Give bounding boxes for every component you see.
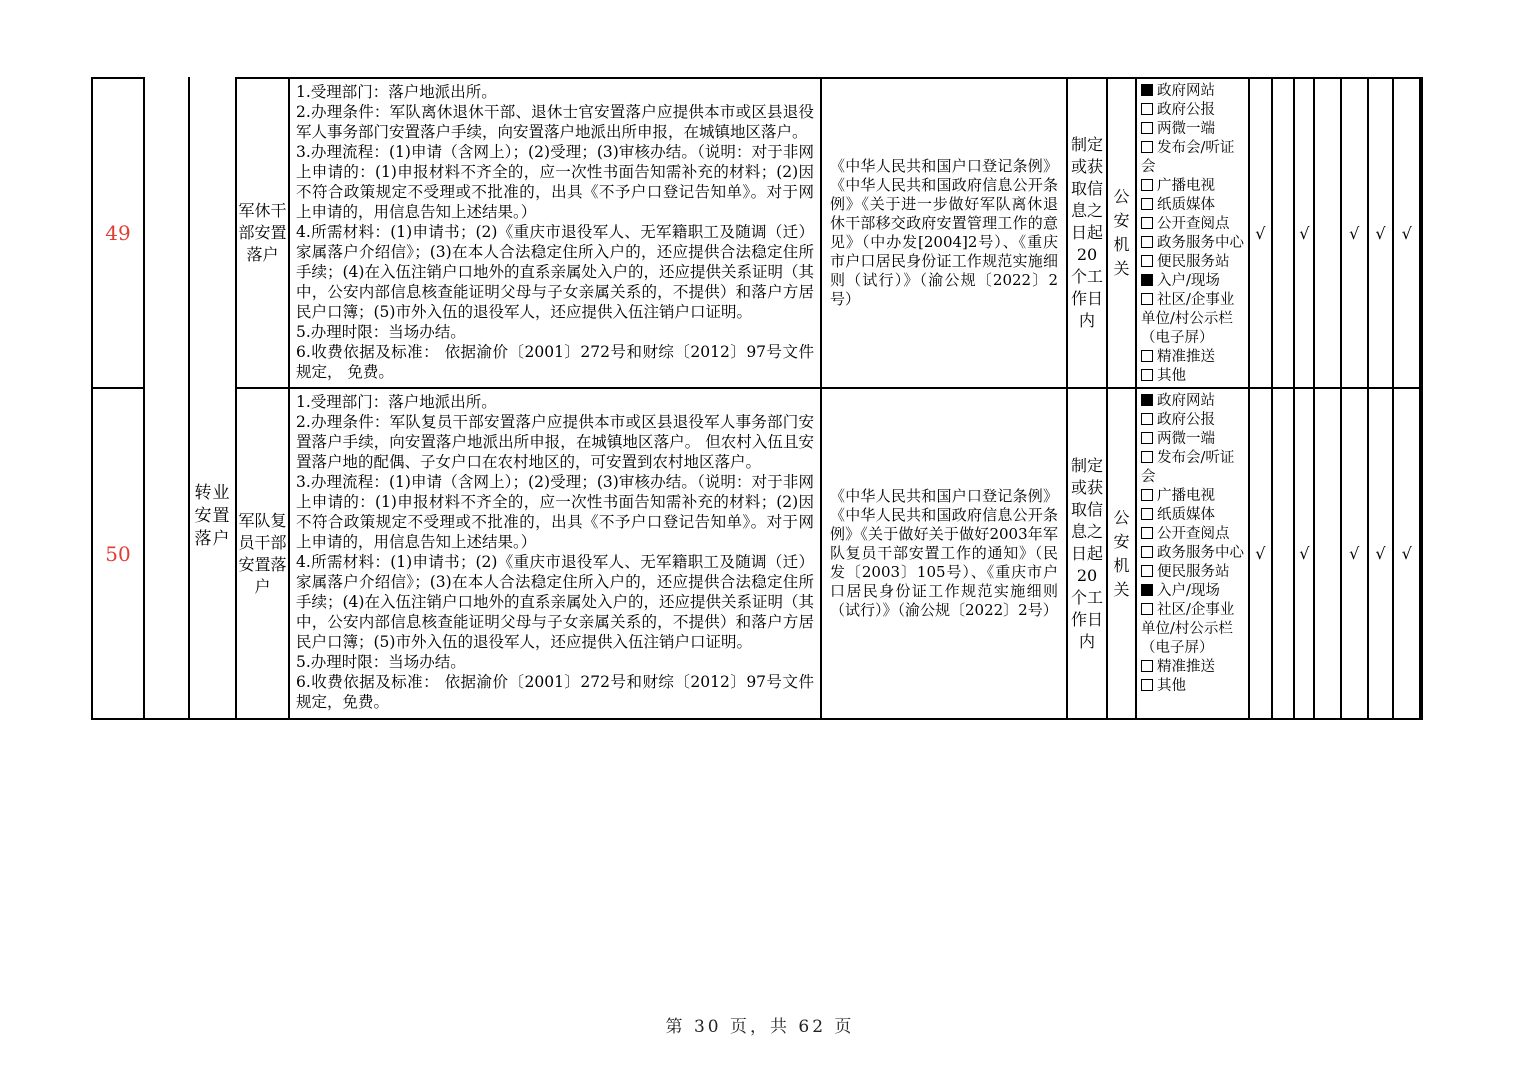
row-49-item-name-cell: 军休干部安置落户 (237, 77, 290, 389)
procedure-paragraph: 6.收费依据及标准： 依据渝价〔2001〕272号和财综〔2012〕97号文件规… (296, 342, 814, 382)
channel-item: 政务服务中心 (1141, 234, 1246, 253)
channel-item: 广播电视 (1141, 177, 1246, 196)
row-49-agency: 公安机关 (1113, 185, 1130, 281)
procedure-paragraph: 6.收费依据及标准： 依据渝价〔2001〕272号和财综〔2012〕97号文件规… (296, 672, 814, 712)
row-49-legal-basis-cell: 《中华人民共和国户口登记条例》《中华人民共和国政府信息公开条例》《关于进一步做好… (822, 77, 1068, 389)
channel-label: 政务服务中心 (1157, 235, 1244, 251)
row-50-time-limit-cell: 制定或获取信息之日起20个工作日内 (1068, 389, 1108, 720)
channel-item: 便民服务站 (1141, 563, 1246, 582)
checkbox-icon (1141, 236, 1153, 248)
checkbox-icon (1141, 432, 1153, 444)
channel-label: 政务服务中心 (1157, 545, 1244, 561)
check-cell: √ (1295, 79, 1315, 387)
channel-label: 入户/现场 (1157, 273, 1220, 289)
channel-label: 入户/现场 (1157, 583, 1220, 599)
channel-item: 两微一端 (1141, 120, 1246, 139)
channel-label: 精准推送 (1157, 659, 1215, 675)
channel-label: 其他 (1157, 368, 1186, 384)
row-49-legal-basis: 《中华人民共和国户口登记条例》《中华人民共和国政府信息公开条例》《关于进一步做好… (830, 157, 1058, 309)
procedure-paragraph: 5.办理时限：当场办结。 (296, 322, 814, 342)
checkbox-icon (1141, 198, 1153, 210)
check-mark: √ (1349, 544, 1359, 563)
checkbox-icon (1141, 103, 1153, 115)
row-50-procedure-cell: 1.受理部门：落户地派出所。 2.办理条件：军队复员干部安置落户应提供本市或区县… (290, 389, 822, 720)
check-cell (1273, 79, 1296, 387)
parent-category-cell-empty (145, 77, 190, 720)
checkbox-icon (1141, 274, 1153, 286)
procedure-paragraph: 3.办理流程：(1)申请（含网上）；(2)受理；(3)审核办结。（说明：对于非网… (296, 472, 814, 552)
check-mark: √ (1402, 544, 1412, 563)
checkbox-icon (1141, 565, 1153, 577)
channel-item: 广播电视 (1141, 487, 1246, 506)
checkbox-icon (1141, 293, 1153, 305)
channel-label: 政府网站 (1157, 393, 1215, 409)
check-cell (1273, 389, 1296, 718)
row-49-number: 49 (105, 221, 130, 245)
checkbox-icon (1141, 660, 1153, 672)
channel-label: 政府网站 (1157, 83, 1215, 99)
procedure-paragraph: 3.办理流程：(1)申请（含网上）；(2)受理；(3)审核办结。（说明：对于非网… (296, 142, 814, 222)
procedure-paragraph: 4.所需材料：(1)申请书；(2)《重庆市退役军人、无军籍职工及随调（迁）家属落… (296, 222, 814, 322)
channel-label: 广播电视 (1157, 488, 1215, 504)
checkbox-icon (1141, 84, 1153, 96)
row-50-item-name: 军队复员干部安置落户 (239, 510, 287, 598)
channel-label: 公开查阅点 (1157, 216, 1230, 232)
procedures-table: 49 转业安置落户 军休干部安置落户 1.受理部门：落户地派出所。 2.办理条件… (91, 77, 1423, 720)
channel-item: 精准推送 (1141, 658, 1246, 677)
procedure-paragraph: 1.受理部门：落户地派出所。 (296, 82, 814, 102)
category-cell: 转业安置落户 (190, 77, 237, 720)
check-cell: √ (1394, 389, 1421, 718)
checkbox-icon (1141, 394, 1153, 406)
checkbox-icon (1141, 350, 1153, 362)
channel-item: 公开查阅点 (1141, 525, 1246, 544)
channel-item: 公开查阅点 (1141, 215, 1246, 234)
checkbox-icon (1141, 122, 1153, 134)
row-49-channels-cell: 政府网站 政府公报 两微一端 发布会/听证会 广播电视 (1137, 77, 1250, 389)
row-49-time-limit: 制定或获取信息之日起20个工作日内 (1070, 134, 1104, 332)
channel-label: 纸质媒体 (1157, 197, 1215, 213)
procedure-paragraph: 4.所需材料：(1)申请书；(2)《重庆市退役军人、无军籍职工及随调（迁）家属落… (296, 552, 814, 652)
row-50-agency: 公安机关 (1113, 506, 1130, 602)
channel-label: 纸质媒体 (1157, 507, 1215, 523)
checkbox-icon (1141, 179, 1153, 191)
row-49-procedure-cell: 1.受理部门：落户地派出所。 2.办理条件：军队离休退休干部、退休士官安置落户应… (290, 77, 822, 389)
channel-label: 广播电视 (1157, 178, 1215, 194)
checkbox-icon (1141, 413, 1153, 425)
channel-item: 入户/现场 (1141, 272, 1246, 291)
channel-label: 政府公报 (1157, 102, 1215, 118)
channel-label: 社区/企事业单位/村公示栏（电子屏） (1141, 292, 1234, 346)
channel-item: 精准推送 (1141, 348, 1246, 367)
channel-item: 政府公报 (1141, 101, 1246, 120)
channel-item: 其他 (1141, 677, 1246, 696)
channel-item: 社区/企事业单位/村公示栏（电子屏） (1141, 601, 1246, 658)
check-cell: √ (1295, 389, 1315, 718)
channel-label: 两微一端 (1157, 431, 1215, 447)
check-mark: √ (1255, 224, 1265, 243)
check-mark: √ (1402, 224, 1412, 243)
channel-item: 政府网站 (1141, 392, 1246, 411)
check-cell: √ (1369, 389, 1395, 718)
check-cell: √ (1394, 79, 1421, 387)
row-50-legal-basis-cell: 《中华人民共和国户口登记条例》《中华人民共和国政府信息公开条例》《关于做好关于做… (822, 389, 1068, 720)
checkbox-icon (1141, 255, 1153, 267)
channel-label: 公开查阅点 (1157, 526, 1230, 542)
check-cell: √ (1250, 389, 1273, 718)
channel-label: 政府公报 (1157, 412, 1215, 428)
category-label: 转业安置落户 (194, 482, 232, 551)
channel-label: 便民服务站 (1157, 564, 1230, 580)
channel-item: 两微一端 (1141, 430, 1246, 449)
channel-label: 发布会/听证会 (1141, 450, 1234, 485)
checkbox-icon (1141, 451, 1153, 463)
row-49-check-columns: √ √ √ √ (1250, 77, 1423, 389)
channel-item: 发布会/听证会 (1141, 139, 1246, 177)
procedure-paragraph: 5.办理时限：当场办结。 (296, 652, 814, 672)
checkbox-icon (1141, 603, 1153, 615)
row-49-item-name: 军休干部安置落户 (239, 200, 287, 266)
document-page: 49 转业安置落户 军休干部安置落户 1.受理部门：落户地派出所。 2.办理条件… (0, 0, 1520, 1074)
page-footer: 第 30 页，共 62 页 (0, 1012, 1520, 1037)
row-50-agency-cell: 公安机关 (1108, 389, 1137, 720)
procedure-paragraph: 2.办理条件：军队离休退休干部、退休士官安置落户应提供本市或区县退役军人事务部门… (296, 102, 814, 142)
channel-item: 政务服务中心 (1141, 544, 1246, 563)
checkbox-icon (1141, 546, 1153, 558)
channel-item: 入户/现场 (1141, 582, 1246, 601)
channel-label: 社区/企事业单位/村公示栏（电子屏） (1141, 602, 1234, 656)
channel-item: 社区/企事业单位/村公示栏（电子屏） (1141, 291, 1246, 348)
row-49-number-cell: 49 (91, 77, 145, 389)
channel-item: 政府公报 (1141, 411, 1246, 430)
channel-label: 发布会/听证会 (1141, 140, 1234, 175)
row-49-agency-cell: 公安机关 (1108, 77, 1137, 389)
row-50-channels-cell: 政府网站 政府公报 两微一端 发布会/听证会 广播电视 (1137, 389, 1250, 720)
check-cell (1315, 79, 1342, 387)
check-mark: √ (1375, 544, 1385, 563)
channel-item: 纸质媒体 (1141, 506, 1246, 525)
checkbox-icon (1141, 527, 1153, 539)
channel-label: 便民服务站 (1157, 254, 1230, 270)
channel-item: 纸质媒体 (1141, 196, 1246, 215)
procedure-paragraph: 2.办理条件：军队复员干部安置落户应提供本市或区县退役军人事务部门安置落户手续，… (296, 412, 814, 472)
channel-label: 两微一端 (1157, 121, 1215, 137)
checkbox-icon (1141, 489, 1153, 501)
channel-item: 其他 (1141, 367, 1246, 386)
check-cell: √ (1342, 79, 1369, 387)
check-mark: √ (1255, 544, 1265, 563)
check-cell: √ (1342, 389, 1369, 718)
channel-item: 发布会/听证会 (1141, 449, 1246, 487)
channel-label: 其他 (1157, 678, 1186, 694)
check-cell: √ (1369, 79, 1395, 387)
checkbox-icon (1141, 508, 1153, 520)
check-cell (1315, 389, 1342, 718)
checkbox-icon (1141, 584, 1153, 596)
checkbox-icon (1141, 369, 1153, 381)
check-mark: √ (1349, 224, 1359, 243)
check-mark: √ (1299, 544, 1309, 563)
channel-label: 精准推送 (1157, 349, 1215, 365)
channel-item: 政府网站 (1141, 82, 1246, 101)
check-mark: √ (1375, 224, 1385, 243)
check-cell: √ (1250, 79, 1273, 387)
channel-item: 便民服务站 (1141, 253, 1246, 272)
checkbox-icon (1141, 679, 1153, 691)
checkbox-icon (1141, 141, 1153, 153)
row-50-item-name-cell: 军队复员干部安置落户 (237, 389, 290, 720)
row-50-time-limit: 制定或获取信息之日起20个工作日内 (1070, 455, 1104, 653)
row-50-check-columns: √ √ √ √ (1250, 389, 1423, 720)
row-49-time-limit-cell: 制定或获取信息之日起20个工作日内 (1068, 77, 1108, 389)
row-50-legal-basis: 《中华人民共和国户口登记条例》《中华人民共和国政府信息公开条例》《关于做好关于做… (830, 487, 1058, 620)
check-mark: √ (1299, 224, 1309, 243)
row-50-number-cell: 50 (91, 389, 145, 720)
row-50-number: 50 (105, 542, 130, 566)
procedure-paragraph: 1.受理部门：落户地派出所。 (296, 392, 814, 412)
checkbox-icon (1141, 217, 1153, 229)
